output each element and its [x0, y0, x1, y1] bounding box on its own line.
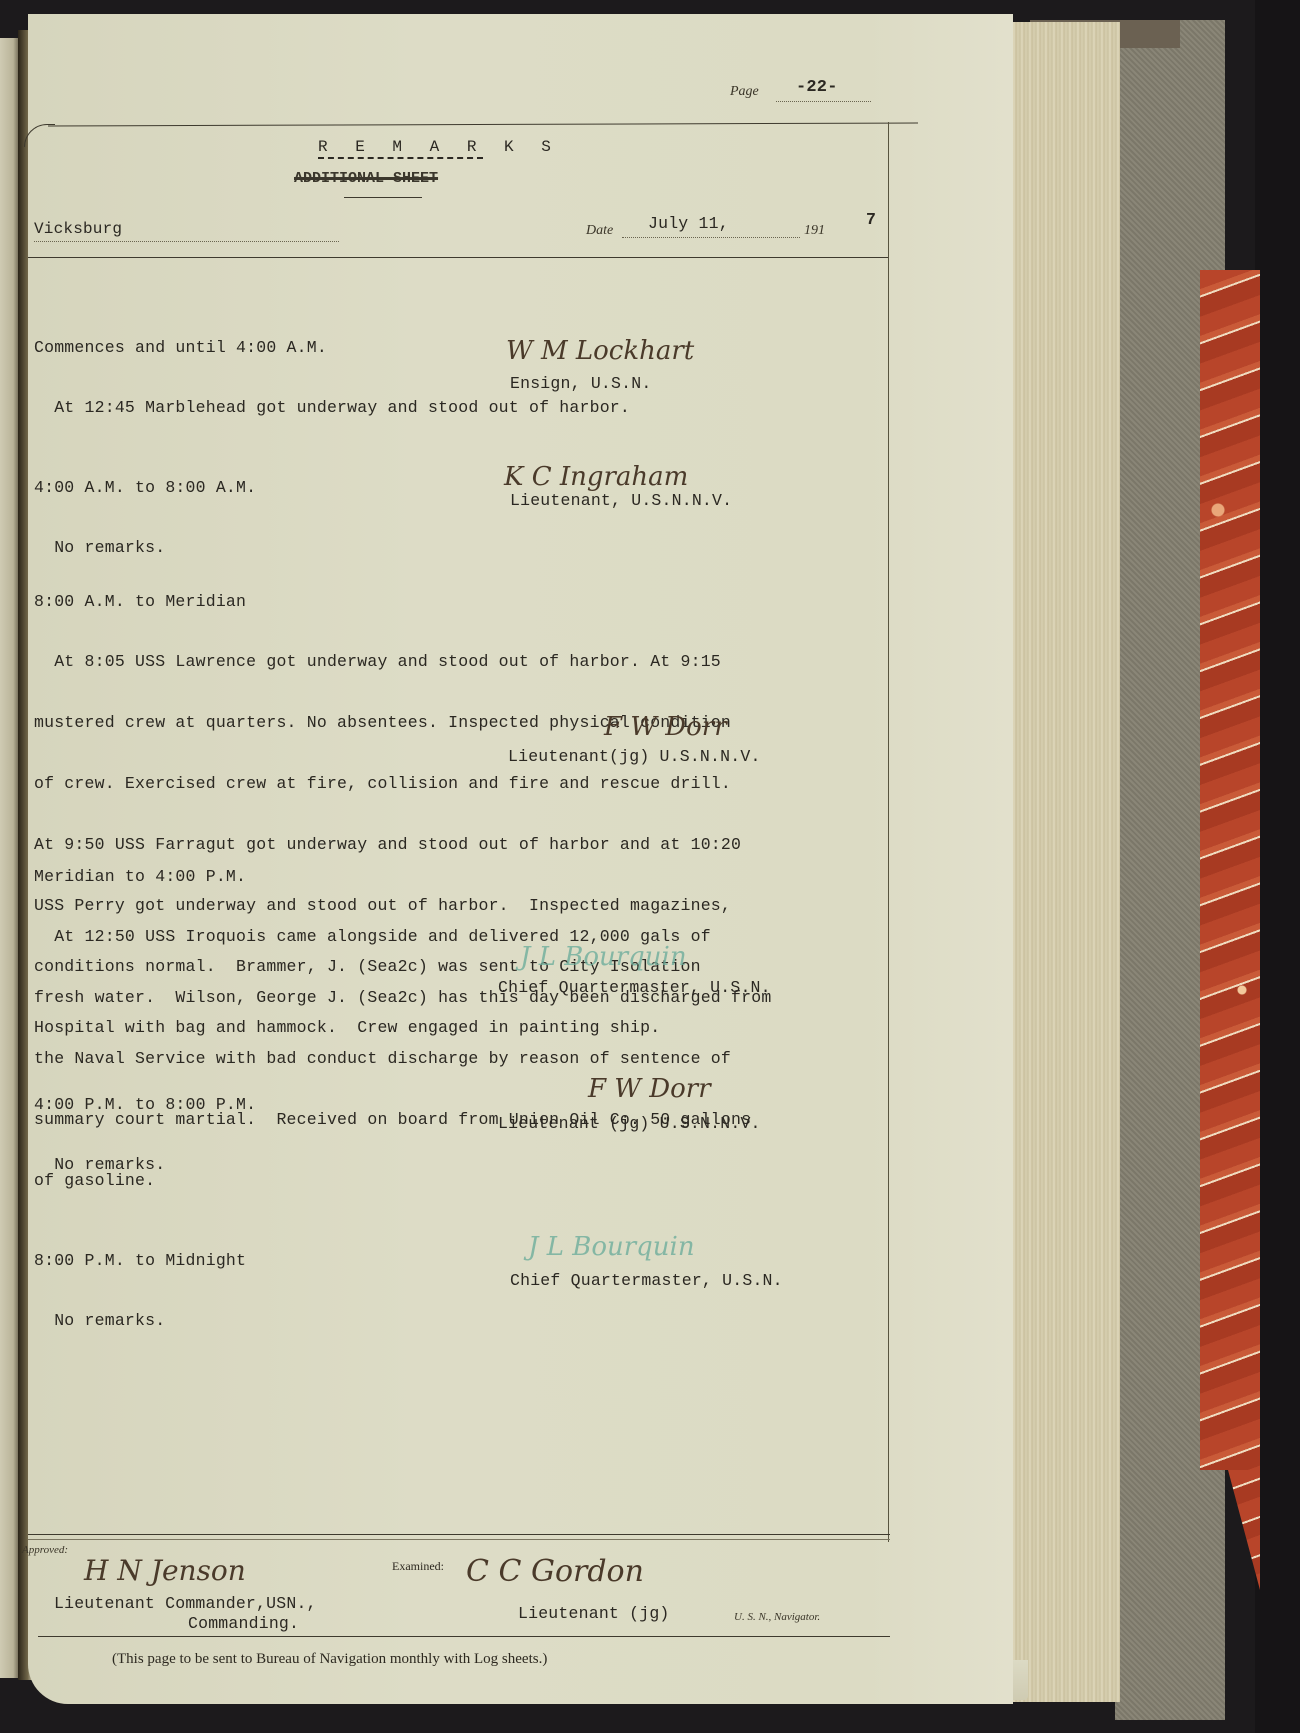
navigator-rank: Lieutenant (jg) — [518, 1604, 670, 1623]
date-value: July 11, — [648, 214, 729, 233]
background — [1255, 0, 1300, 1733]
watch-entry: 4:00 P.M. to 8:00 P.M. No remarks. — [34, 1054, 256, 1216]
marbled-cover-paper — [1200, 270, 1260, 1470]
year-prefix: 191 — [804, 223, 825, 239]
watch-line: At 8:05 USS Lawrence got underway and st… — [34, 652, 741, 672]
date-line — [622, 237, 800, 238]
examined-label: Examined: — [392, 1559, 444, 1574]
page-number: -22- — [796, 78, 838, 97]
watch-heading: 8:00 A.M. to Meridian — [34, 592, 741, 612]
signature: J L Bourquin — [528, 1232, 695, 1262]
watch-line: of crew. Exercised crew at fire, collisi… — [34, 774, 741, 794]
page-number-line — [776, 101, 871, 102]
watch-line: No remarks. — [34, 1155, 256, 1175]
date-label: Date — [586, 223, 613, 239]
signature: W M Lockhart — [506, 336, 694, 366]
page-label: Page — [730, 84, 759, 100]
watch-heading: 4:00 P.M. to 8:00 P.M. — [34, 1095, 256, 1115]
commanding-rank: Lieutenant Commander,USN., — [54, 1594, 317, 1613]
box-top-rule — [48, 122, 918, 126]
footer-box-top-rule — [28, 1534, 890, 1535]
year-suffix: 7 — [866, 210, 876, 229]
title-rule — [344, 197, 422, 198]
footnote: (This page to be sent to Bureau of Navig… — [112, 1651, 547, 1668]
navigator-title: U. S. N., Navigator. — [734, 1611, 820, 1623]
signature: F W Dorr — [588, 1074, 711, 1104]
box-right-rule — [888, 122, 889, 1542]
footer-box-bottom-rule — [38, 1636, 890, 1637]
watch-officer-rank: Ensign, U.S.N. — [510, 374, 651, 393]
signature: J L Bourquin — [520, 942, 687, 972]
watch-line: At 12:45 Marblehead got underway and sto… — [34, 398, 630, 418]
ship-name-line — [34, 241, 339, 242]
header-bottom-rule — [28, 257, 888, 258]
remarks-title: R E M A R K S — [318, 138, 560, 156]
signature: F W Dorr — [604, 712, 727, 742]
watch-entry: 8:00 P.M. to Midnight No remarks. — [34, 1210, 246, 1372]
log-page: Page -22- R E M A R K S ADDITIONAL SHEET… — [28, 14, 1013, 1704]
remarks-underline — [318, 157, 483, 159]
watch-officer-rank: Lieutenant (jg) U.S.N.N.V. — [498, 1114, 761, 1133]
box-corner-curve — [24, 124, 55, 147]
watch-heading: Meridian to 4:00 P.M. — [34, 867, 771, 887]
watch-officer-rank: Lieutenant(jg) U.S.N.N.V. — [508, 747, 761, 766]
watch-officer-rank: Chief Quartermaster, U.S.N. — [498, 978, 771, 997]
signature: K C Ingraham — [504, 462, 688, 492]
ship-name: Vicksburg — [34, 220, 122, 238]
approved-label: Approved: — [22, 1544, 68, 1556]
commanding-title: Commanding. — [188, 1614, 299, 1633]
page-fore-edge — [1010, 22, 1120, 1702]
watch-officer-rank: Lieutenant, U.S.N.N.V. — [510, 491, 732, 510]
watch-officer-rank: Chief Quartermaster, U.S.N. — [510, 1271, 783, 1290]
watch-line: No remarks. — [34, 1311, 246, 1331]
navigator-signature: C C Gordon — [466, 1554, 644, 1589]
footer-box-top-rule-2 — [28, 1539, 890, 1540]
struck-subtitle: ADDITIONAL SHEET — [294, 170, 438, 187]
watch-heading: 8:00 P.M. to Midnight — [34, 1251, 246, 1271]
commanding-officer-signature: H N Jenson — [84, 1554, 246, 1587]
watch-heading: 4:00 A.M. to 8:00 A.M. — [34, 478, 256, 498]
